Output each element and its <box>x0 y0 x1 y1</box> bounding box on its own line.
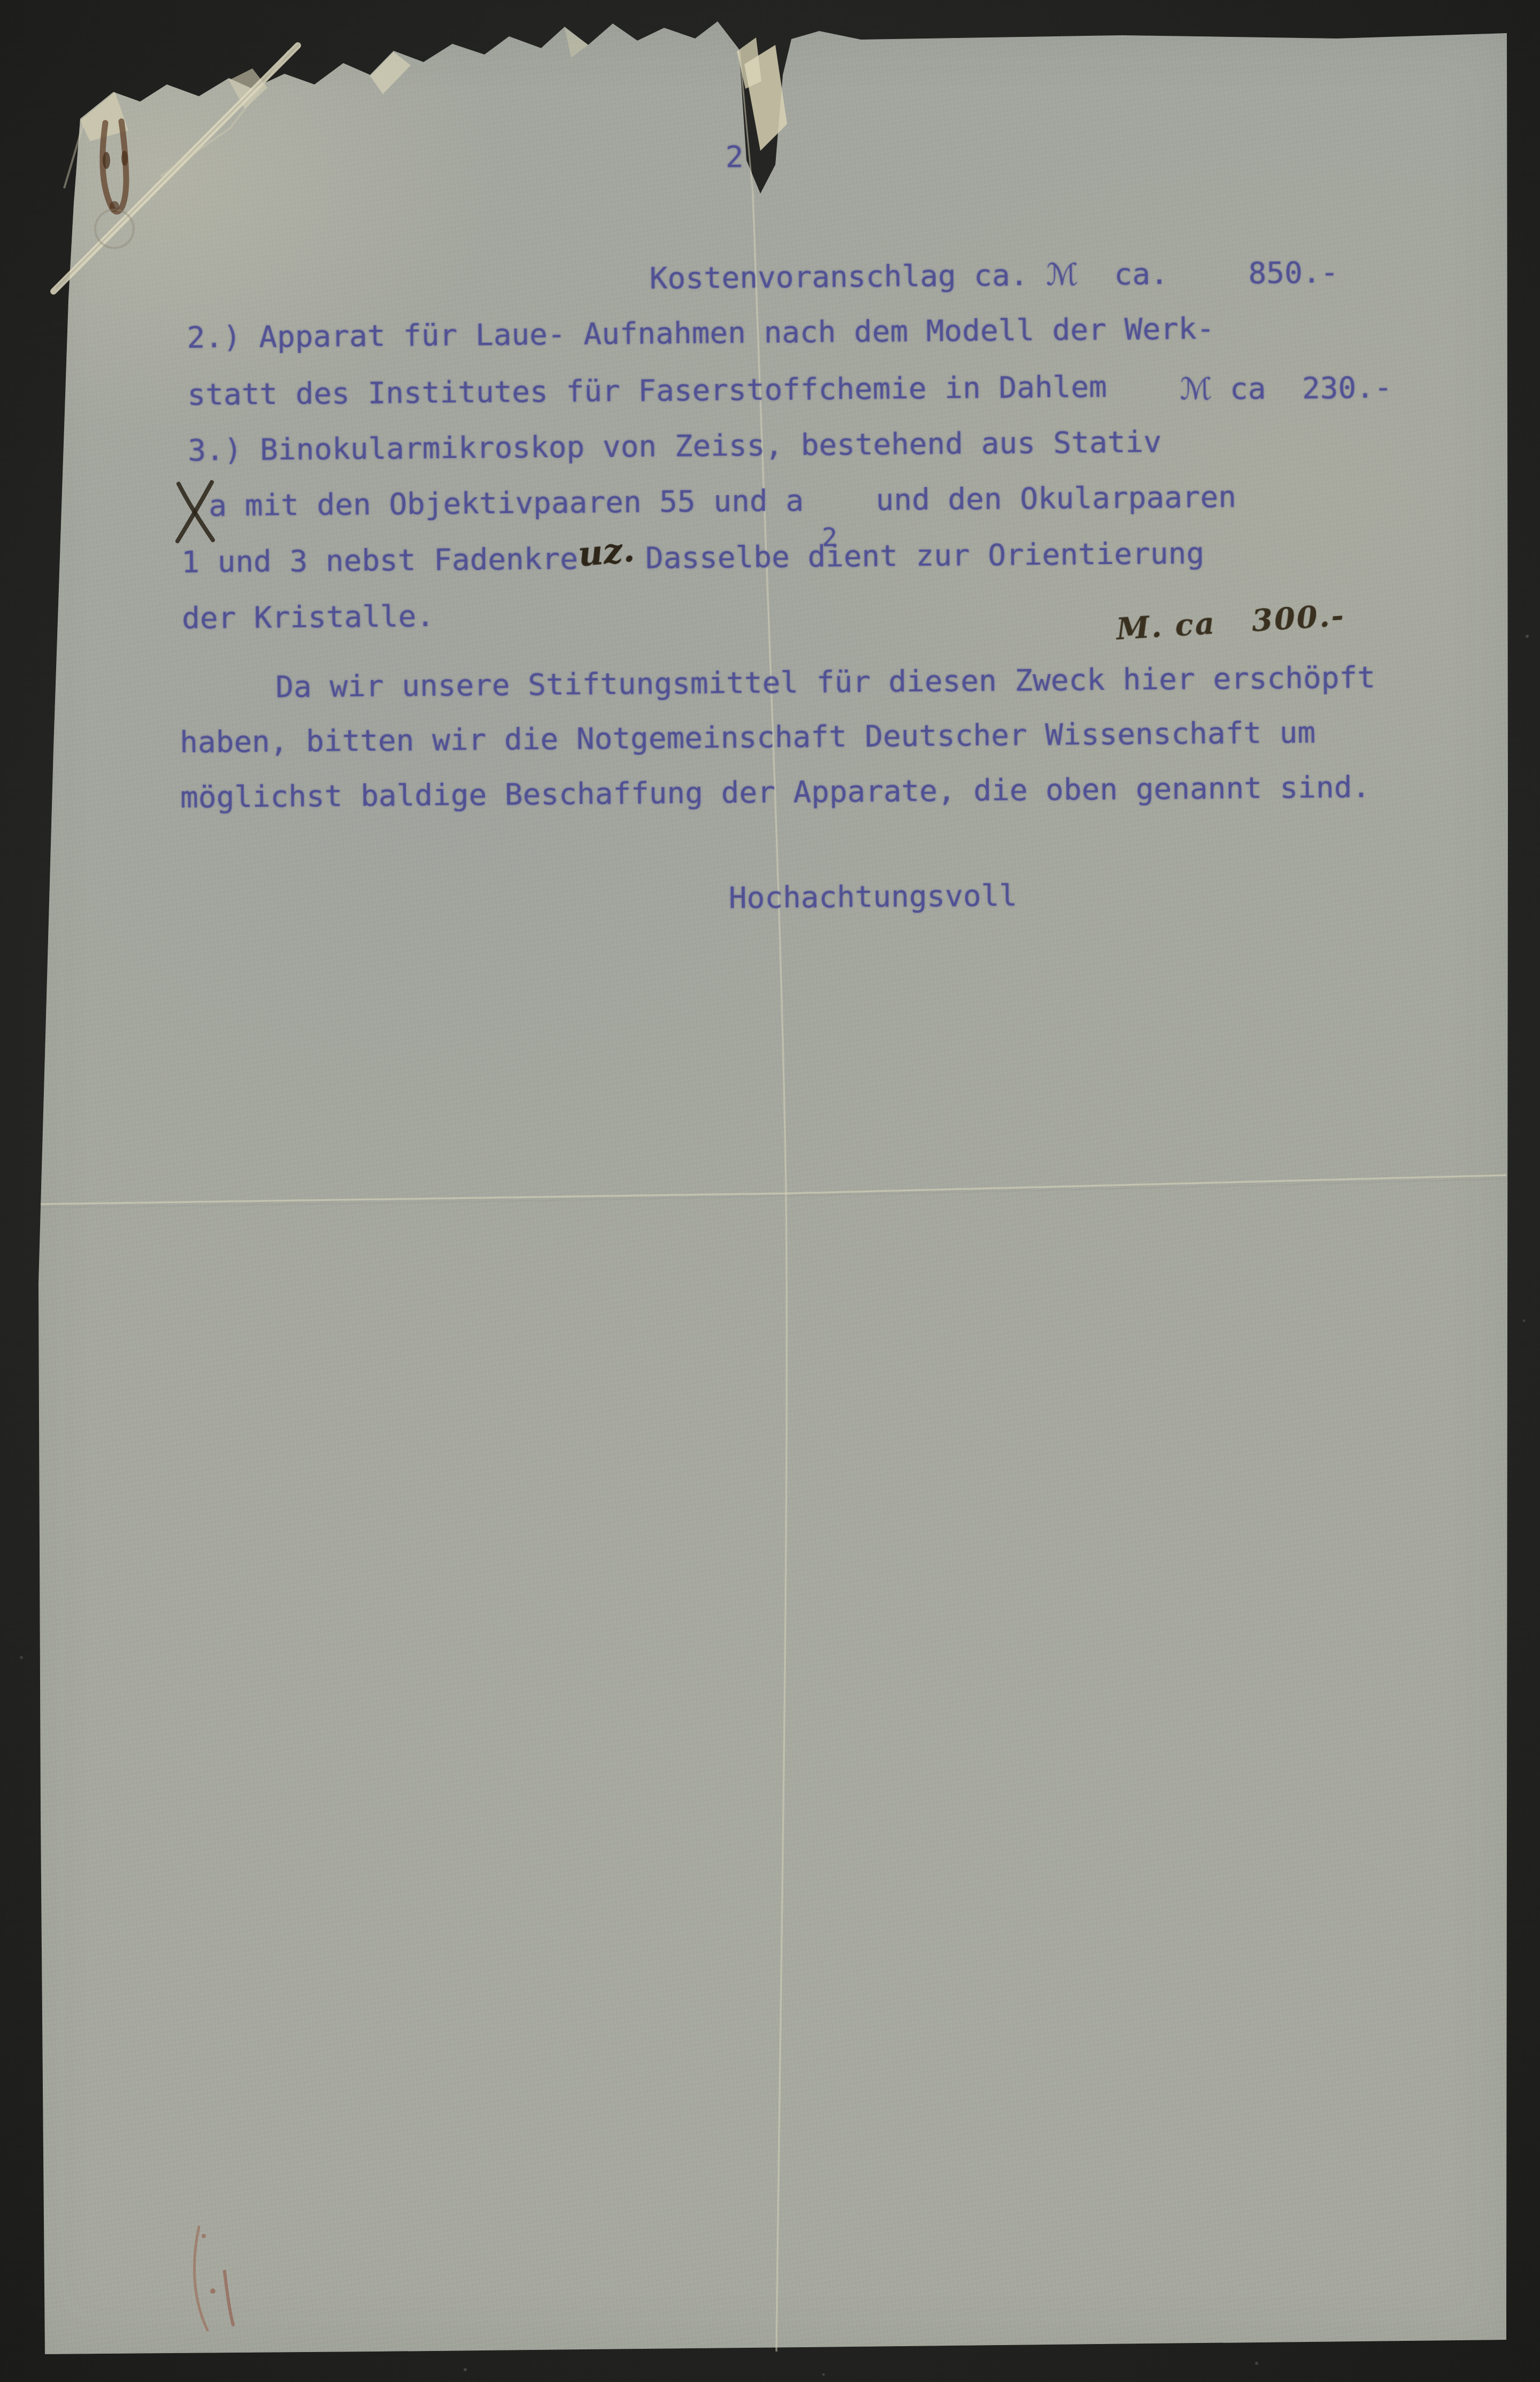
closing-salutation: Hochachtungsvoll <box>729 879 1018 914</box>
cost-estimate-heading: Kostenvoranschlag ca. ℳ ca. <box>649 258 1168 295</box>
item-3-line-3-typed-start: 1 und 3 nebst Fadenkre <box>181 543 578 579</box>
cost-estimate-amount: 850.- <box>1248 256 1338 290</box>
item-3-line-2: a mit den Objektivpaaren 55 und a und de… <box>209 481 1236 522</box>
item-3-line-4: der Kristalle. <box>182 600 435 635</box>
item-2-line-1: 2.) Apparat für Laue- Aufnahmen nach dem… <box>187 312 1214 354</box>
item-2-line-2: statt des Institutes für Faserstoffchemi… <box>187 371 1107 412</box>
item-3-line-3-typed-end: Dasselbe dient zur Orientierung <box>627 537 1204 575</box>
handwritten-amount-annotation: M. ca 300.- <box>1115 598 1346 647</box>
paragraph-line-2: haben, bitten wir die Notgemeinschaft De… <box>180 716 1316 759</box>
scan-backing: 2 Kostenvoranschlag ca. ℳ ca. 850.- 2.) … <box>0 0 1540 2382</box>
paragraph-line-1: Da wir unsere Stiftungsmittel für diesen… <box>275 661 1375 704</box>
item-2-amount: ℳ ca 230.- <box>1180 371 1392 406</box>
typewritten-text-layer: 2 Kostenvoranschlag ca. ℳ ca. 850.- 2.) … <box>0 0 1540 2382</box>
paragraph-line-3: möglichst baldige Beschaffung der Appara… <box>180 771 1370 814</box>
item-3-line-1: 3.) Binokularmikroskop von Zeiss, besteh… <box>188 426 1161 467</box>
page-number: 2 <box>725 141 743 174</box>
